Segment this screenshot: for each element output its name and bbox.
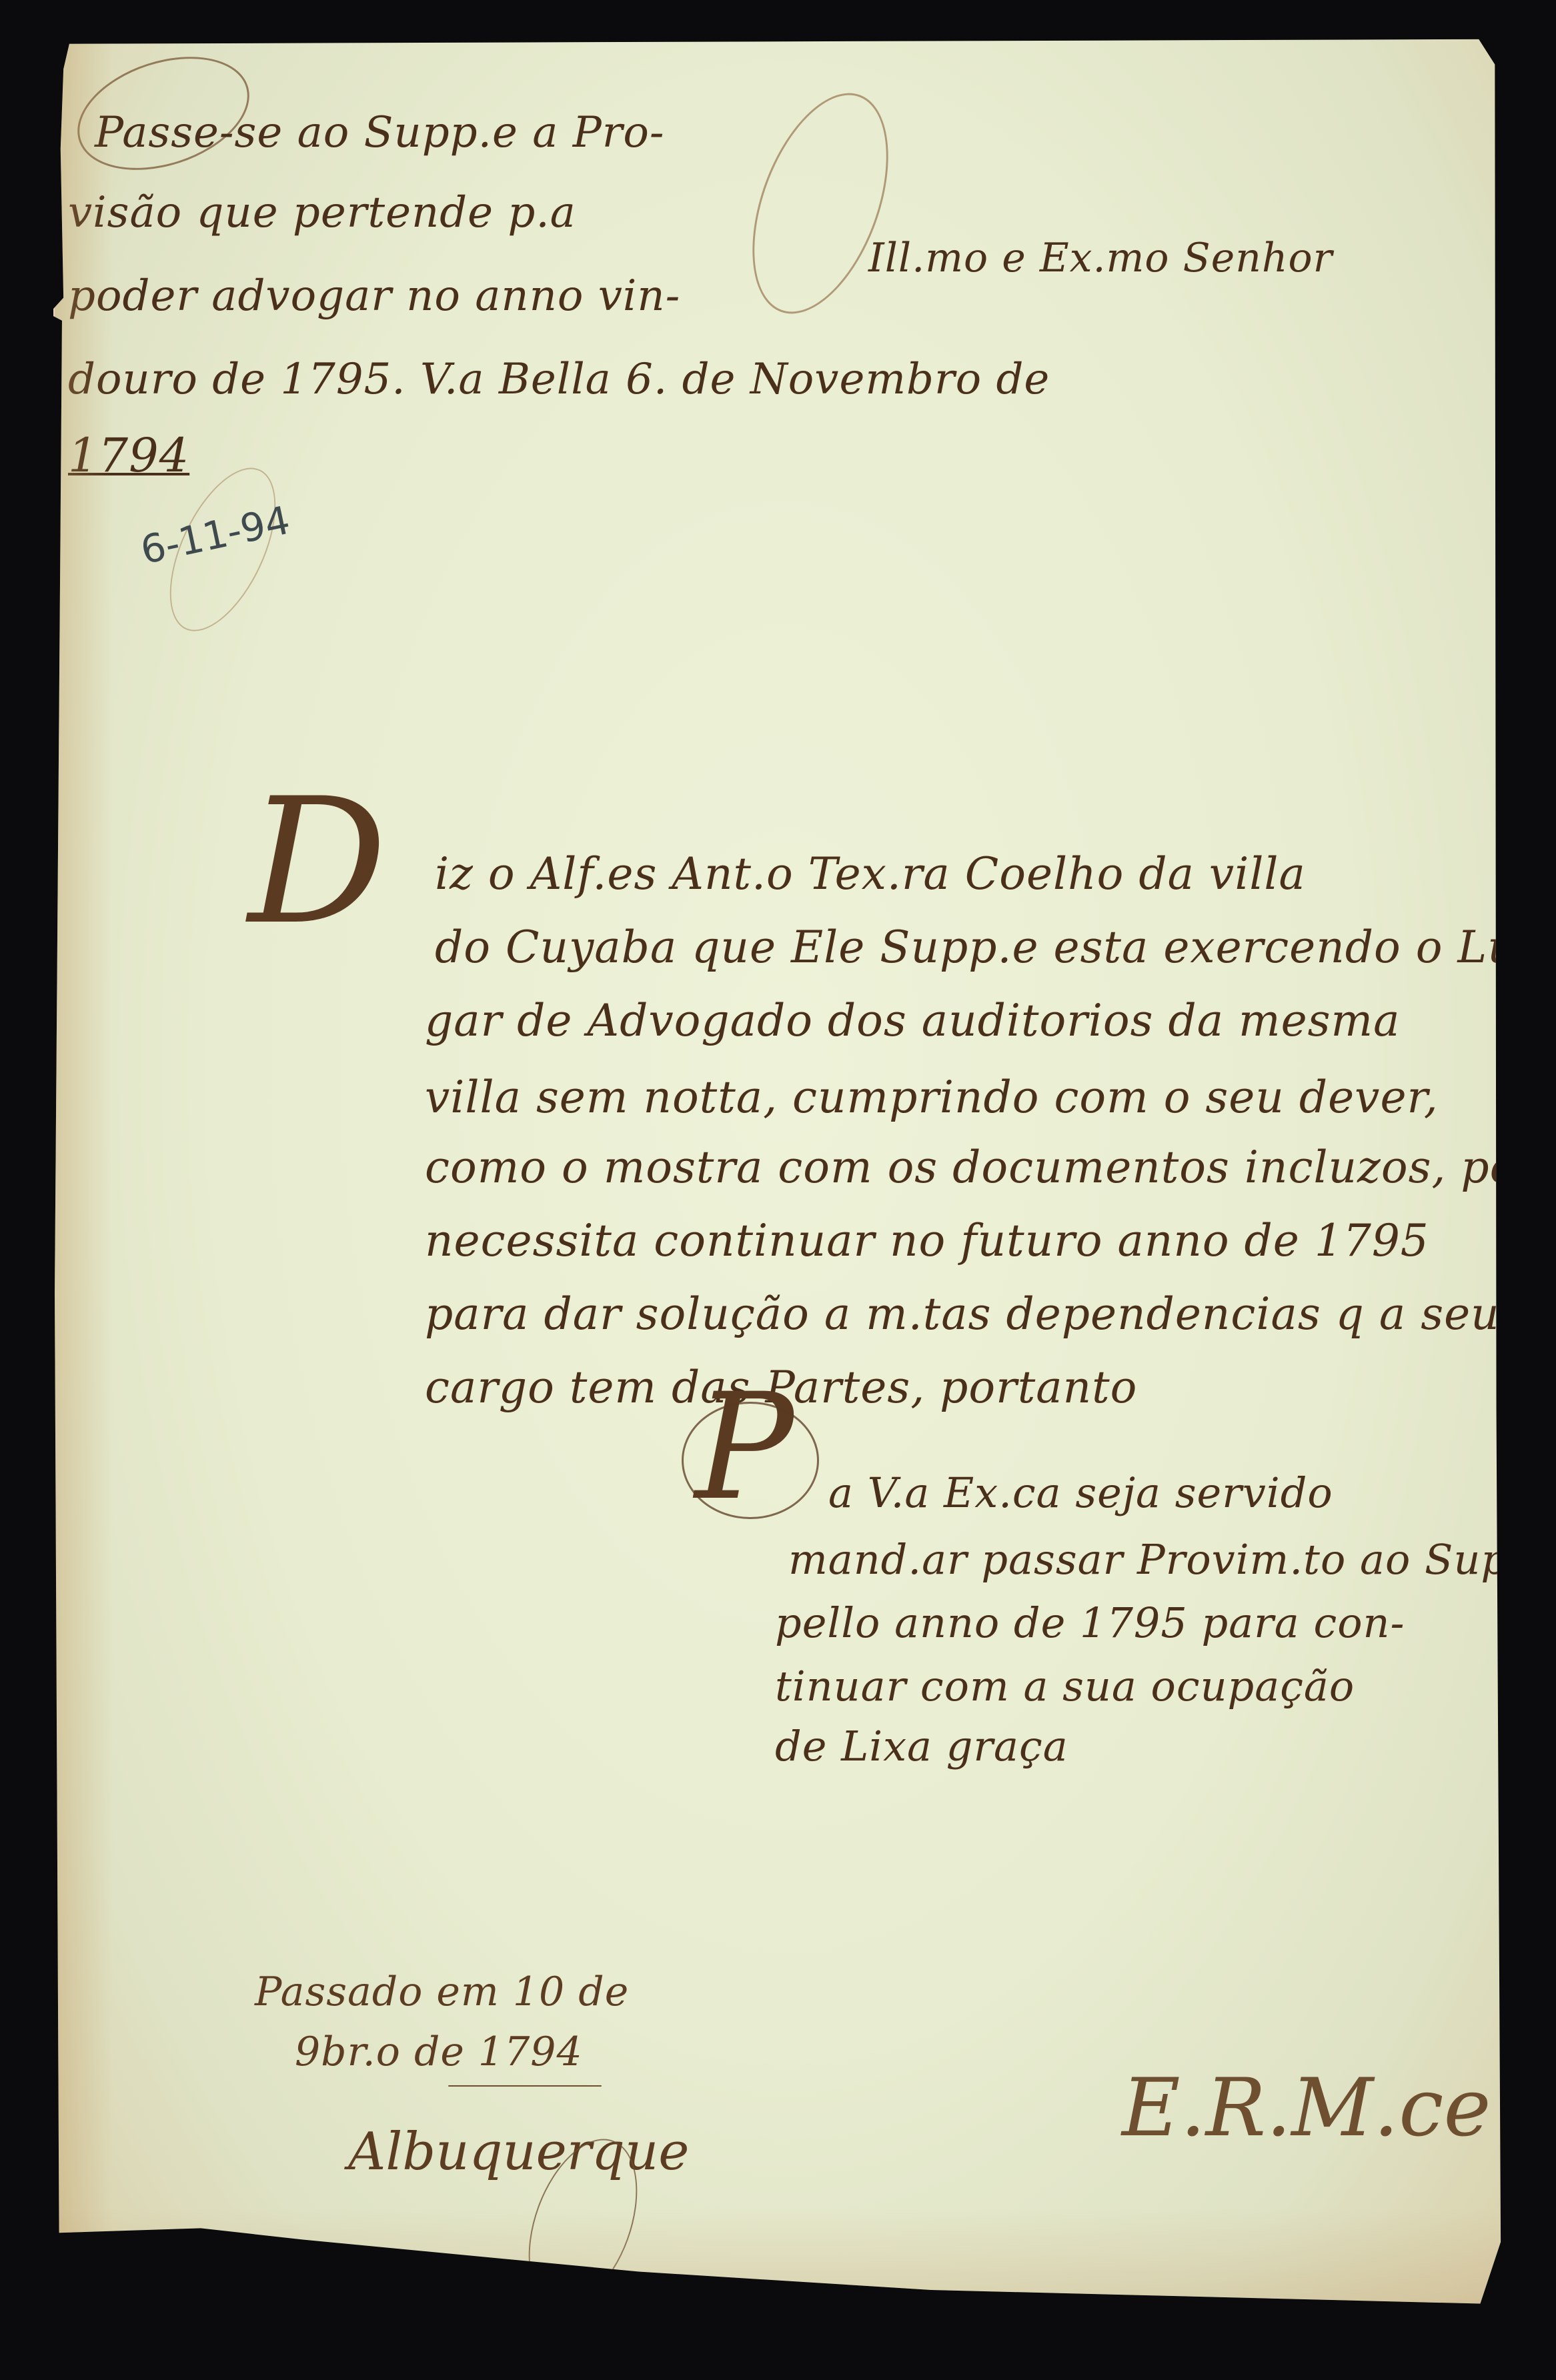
rubric-signature-icon xyxy=(726,75,915,331)
despacho-line: visão que pertende p.a xyxy=(68,188,576,237)
despacho-line: Passe-se ao Supp.e a Pro- xyxy=(95,108,665,157)
petition-line: como o mostra com os documentos incluzos… xyxy=(425,1142,1556,1193)
manuscript-page: Passe-se ao Supp.e a Pro- visão que pert… xyxy=(55,35,1515,2322)
request-line: a V.a Ex.ca seja servido xyxy=(828,1468,1333,1517)
despacho-addressee: Ill.mo e Ex.mo Senhor xyxy=(868,235,1333,281)
request-line: pello anno de 1795 para con- xyxy=(775,1598,1405,1647)
registry-line: 9br.o de 1794 xyxy=(295,2029,583,2075)
petition-line: iz o Alf.es Ant.o Tex.ra Coelho da villa xyxy=(435,848,1306,900)
request-line: de Lixa graça xyxy=(775,1722,1068,1770)
petition-line: necessita continuar no futuro anno de 17… xyxy=(425,1215,1429,1266)
request-line: tinuar com a sua ocupação xyxy=(775,1662,1355,1710)
despacho-year: 1794 xyxy=(68,428,189,483)
petition-line: villa sem notta, cumprindo com o seu dev… xyxy=(425,1072,1439,1123)
despacho-line: douro de 1795. V.a Bella 6. de Novembro … xyxy=(68,355,1050,404)
petition-line: do Cuyaba que Ele Supp.e esta exercendo … xyxy=(435,922,1532,973)
registry-line: Passado em 10 de xyxy=(255,1969,629,2015)
petition-line: para dar solução a m.tas dependencias q … xyxy=(425,1288,1500,1340)
closing-formula: E.R.M.ce xyxy=(1122,2062,1491,2155)
request-line: mand.ar passar Provim.to ao Supp.e xyxy=(788,1535,1556,1584)
petition-line: gar de Advogado dos auditorios da mesma xyxy=(425,995,1400,1046)
despacho-line: poder advogar no anno vin- xyxy=(68,271,680,321)
flourish-decoration xyxy=(682,1402,819,1519)
registry-signature: Albuquerque xyxy=(348,2122,689,2182)
petition-initial: D xyxy=(248,762,387,963)
registry-underline xyxy=(448,2085,602,2087)
